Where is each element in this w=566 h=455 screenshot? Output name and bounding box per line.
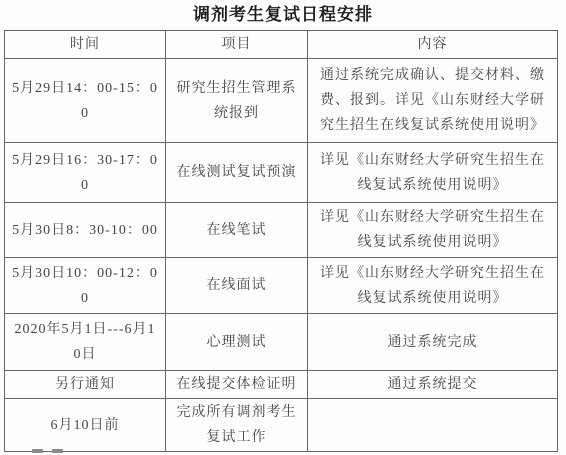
cell-item: 完成所有调剂考生复试工作 [166,399,308,452]
cell-content [308,399,558,452]
cell-content: 通过系统提交 [308,371,558,399]
schedule-table-header: 时间 项目 内容 [5,31,558,59]
cutoff-text-fragment [32,449,68,455]
table-row: 2020年5月1日---6月10日心理测试通过系统完成 [5,314,558,371]
cell-content: 通过系统完成 [308,314,558,371]
cell-item: 研究生招生管理系统报到 [166,59,308,143]
cell-time: 5月30日8：30-10：00 [5,203,166,258]
cell-content: 通过系统完成确认、提交材料、缴费、报到。详见《山东财经大学研究生招生在线复试系统… [308,59,558,143]
cell-item: 心理测试 [166,314,308,371]
cell-content: 详见《山东财经大学研究生招生在线复试系统使用说明》 [308,143,558,203]
cell-item: 在线提交体检证明 [166,371,308,399]
cutoff-character-top [52,449,63,453]
cell-time: 6月10日前 [5,399,166,452]
schedule-table-body: 5月29日14：00-15：00研究生招生管理系统报到通过系统完成确认、提交材料… [5,59,558,452]
schedule-table: 时间 项目 内容 5月29日14：00-15：00研究生招生管理系统报到通过系统… [4,30,558,452]
cell-time: 5月29日14：00-15：00 [5,59,166,143]
cell-time: 5月30日10：00-12：00 [5,258,166,314]
cell-time: 2020年5月1日---6月10日 [5,314,166,371]
page-title: 调剂考生复试日程安排 [0,3,566,27]
header-cell-time: 时间 [5,31,166,59]
cell-item: 在线笔试 [166,203,308,258]
table-row: 5月30日8：30-10：00在线笔试详见《山东财经大学研究生招生在线复试系统使… [5,203,558,258]
header-cell-item: 项目 [166,31,308,59]
cell-item: 在线面试 [166,258,308,314]
cell-time: 5月29日16：30-17：00 [5,143,166,203]
table-row: 5月29日14：00-15：00研究生招生管理系统报到通过系统完成确认、提交材料… [5,59,558,143]
cell-content: 详见《山东财经大学研究生招生在线复试系统使用说明》 [308,258,558,314]
table-row: 5月30日10：00-12：00在线面试详见《山东财经大学研究生招生在线复试系统… [5,258,558,314]
table-row: 6月10日前完成所有调剂考生复试工作 [5,399,558,452]
table-row: 另行通知在线提交体检证明通过系统提交 [5,371,558,399]
header-row: 时间 项目 内容 [5,31,558,59]
cell-time: 另行通知 [5,371,166,399]
cell-item: 在线测试复试预演 [166,143,308,203]
table-row: 5月29日16：30-17：00在线测试复试预演详见《山东财经大学研究生招生在线… [5,143,558,203]
cell-content: 详见《山东财经大学研究生招生在线复试系统使用说明》 [308,203,558,258]
cutoff-character-top [32,449,43,453]
header-cell-content: 内容 [308,31,558,59]
